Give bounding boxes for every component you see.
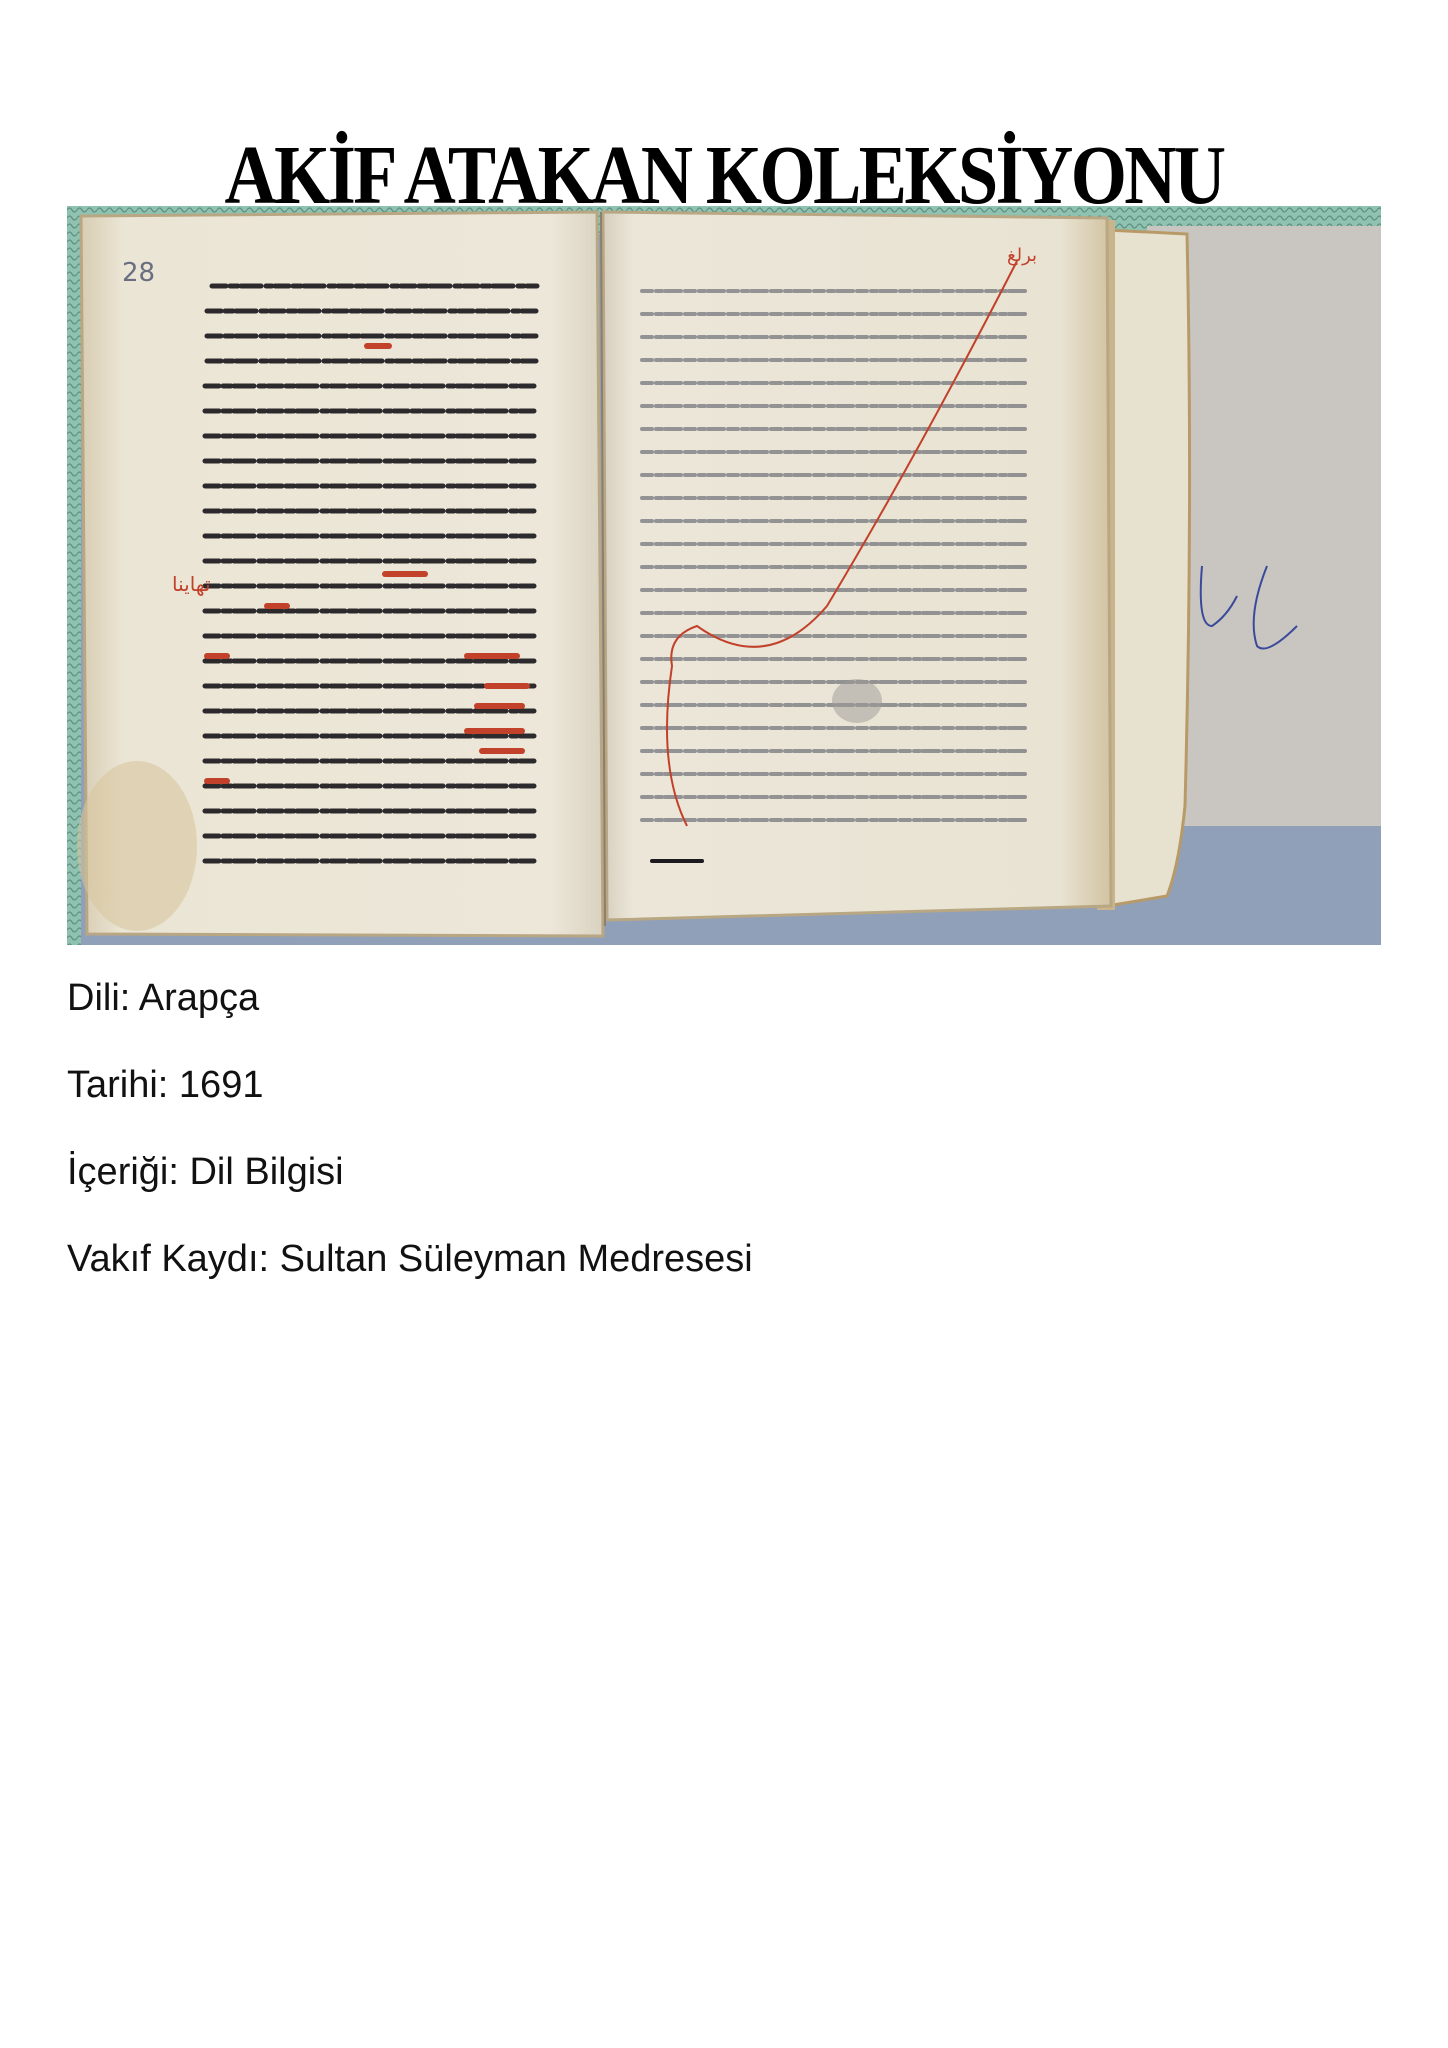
- manuscript-details: Dili: Arapça Tarihi: 1691 İçeriği: Dil B…: [67, 975, 753, 1323]
- svg-text:ﺗﻬﺎﻳﻨﺎ: ﺗﻬﺎﻳﻨﺎ: [172, 572, 211, 596]
- svg-text:ﺑﺮﻟﻎ: ﺑﺮﻟﻎ: [1007, 245, 1037, 266]
- manuscript-photo: 28 ﺗﻬﺎﻳﻨﺎ: [67, 206, 1381, 945]
- language-field: Dili: Arapça: [67, 975, 753, 1021]
- foundation-record-field: Vakıf Kaydı: Sultan Süleyman Medresesi: [67, 1236, 753, 1282]
- content-field: İçeriği: Dil Bilgisi: [67, 1149, 753, 1195]
- page-number-text: 28: [122, 258, 155, 288]
- date-field: Tarihi: 1691: [67, 1062, 753, 1108]
